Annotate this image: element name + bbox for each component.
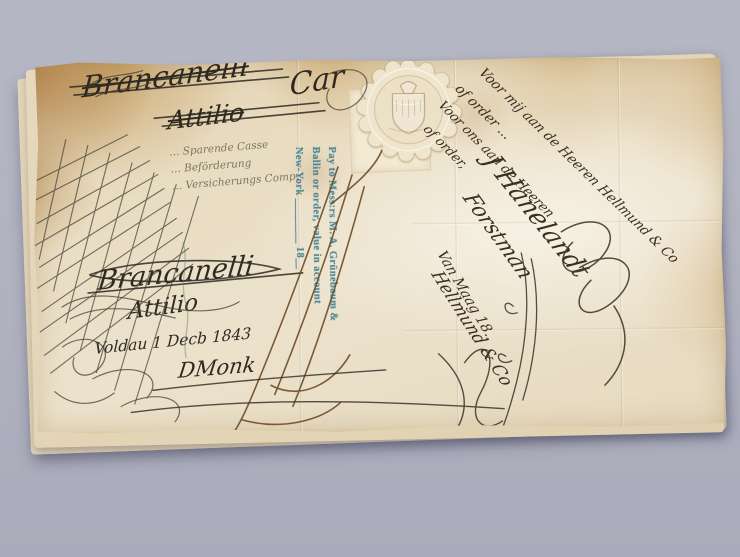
signature-dmonk: DMonk: [177, 354, 257, 381]
photo-background: { "scene": { "background_color": "#b2b4c…: [0, 0, 740, 557]
fold-crease-horizontal-1: [413, 219, 723, 225]
fold-crease-vertical-3: [617, 55, 624, 429]
crossed-signature-1: Brancanelli: [81, 51, 250, 103]
stamp-line-2: Ballin or order, value in account: [306, 147, 324, 339]
fold-crease-horizontal-2: [404, 326, 724, 332]
signature-attilio: Attilio: [127, 291, 198, 324]
stamp-line-1: Pay to Mess:rs M. A. Grünebaum &: [323, 146, 341, 338]
crossed-signature-2: Attilio: [167, 99, 245, 133]
signature-brancanelli: Brancanelli: [96, 252, 255, 295]
paper-sheet-front: Pay to Mess:rs M. A. Grünebaum & Ballin …: [31, 54, 727, 435]
place-date: Voldau 1 Decb 1843: [94, 326, 251, 357]
flourish-initials: Car: [290, 62, 345, 102]
